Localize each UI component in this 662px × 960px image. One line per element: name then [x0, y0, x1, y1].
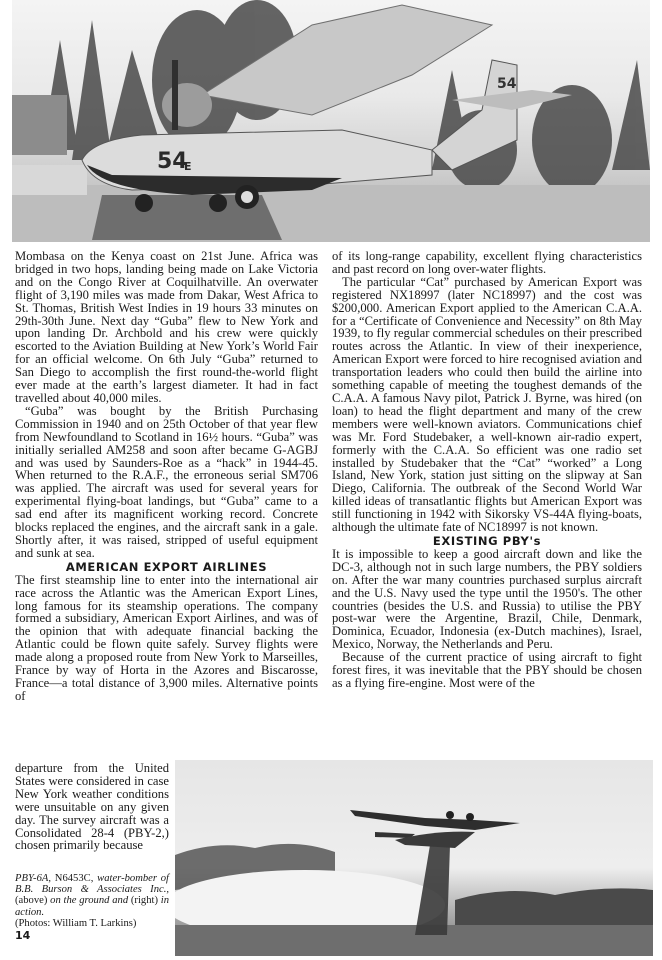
photo-caption: PBY-6A, N6453C, water-bomber of B.B. Bur…	[15, 873, 169, 929]
caption-above: (above)	[15, 895, 50, 906]
paragraph: Because of the current practice of using…	[332, 651, 642, 690]
svg-text:54: 54	[497, 76, 517, 92]
right-column: of its long-range capability, excellent …	[332, 250, 642, 690]
photo-pby-on-ground: 54 54 E	[12, 0, 650, 242]
aircraft-water-drop-illustration	[175, 760, 653, 956]
paragraph: departure from the United States were co…	[15, 762, 169, 852]
photo-credit: (Photos: William T. Larkins)	[15, 918, 136, 929]
paragraph: The particular “Cat” purchased by Americ…	[332, 276, 642, 534]
paragraph: “Guba” was bought by the British Purchas…	[15, 405, 318, 560]
svg-text:E: E	[184, 160, 192, 173]
paragraph: It is impossible to keep a good aircraft…	[332, 548, 642, 651]
page-number: 14	[15, 929, 30, 942]
caption-ground: on the ground and	[50, 895, 128, 906]
section-heading-existing-pbys: EXISTING PBY's	[332, 535, 642, 548]
left-column-narrow: departure from the United States were co…	[15, 762, 169, 852]
caption-right: (right)	[128, 895, 161, 906]
paragraph: of its long-range capability, excellent …	[332, 250, 642, 276]
section-heading-american-export: AMERICAN EXPORT AIRLINES	[15, 561, 318, 574]
caption-registration: N6453C,	[51, 873, 97, 884]
aircraft-ground-illustration: 54 54 E	[12, 0, 650, 242]
paragraph: The first steamship line to enter into t…	[15, 574, 318, 703]
caption-aircraft-type: PBY-6A,	[15, 873, 51, 884]
photo-pby-in-action	[175, 760, 653, 956]
paragraph: Mombasa on the Kenya coast on 21st June.…	[15, 250, 318, 405]
left-column: Mombasa on the Kenya coast on 21st June.…	[15, 250, 318, 703]
